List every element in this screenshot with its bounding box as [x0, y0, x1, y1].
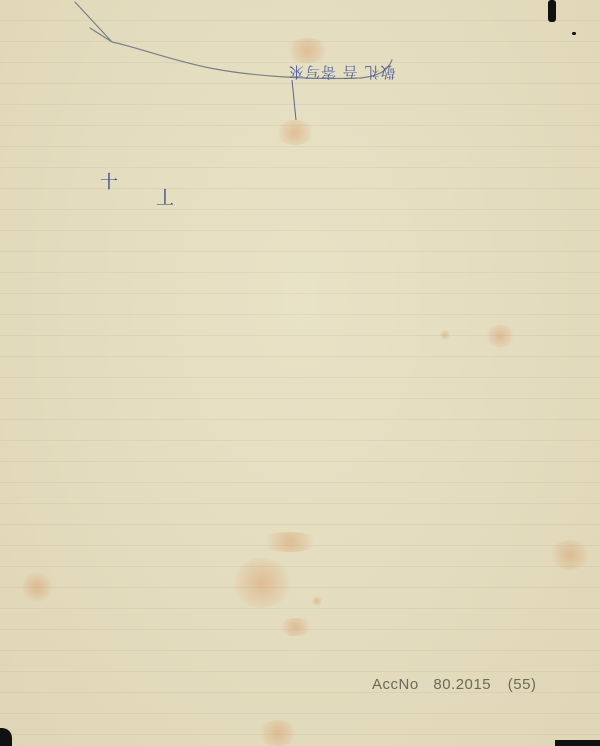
stain	[312, 596, 322, 606]
handwritten-mark: 十	[100, 168, 118, 194]
stain	[485, 325, 515, 347]
inverted-handwritten-note: 敬礼 吾 寄写來	[288, 62, 396, 83]
accession-value: 80.2015	[433, 676, 491, 693]
handwritten-mark: 丄	[156, 184, 174, 210]
stain	[22, 572, 52, 602]
stain	[440, 330, 450, 340]
torn-corner	[548, 0, 556, 22]
stain	[258, 720, 298, 746]
stain	[275, 120, 315, 145]
torn-corner	[555, 740, 600, 746]
stain	[550, 540, 590, 570]
accession-label: AccNo	[372, 676, 419, 693]
page-number: (55)	[508, 676, 537, 693]
stain	[278, 618, 313, 636]
torn-corner	[572, 32, 576, 35]
torn-corner	[0, 728, 12, 746]
document-page: 敬礼 吾 寄写來 十 丄 AccNo 80.2015 (55)	[0, 0, 600, 746]
stain	[260, 532, 320, 552]
stain	[285, 38, 330, 63]
accession-number: AccNo 80.2015 (55)	[372, 676, 536, 693]
stain	[232, 558, 292, 608]
